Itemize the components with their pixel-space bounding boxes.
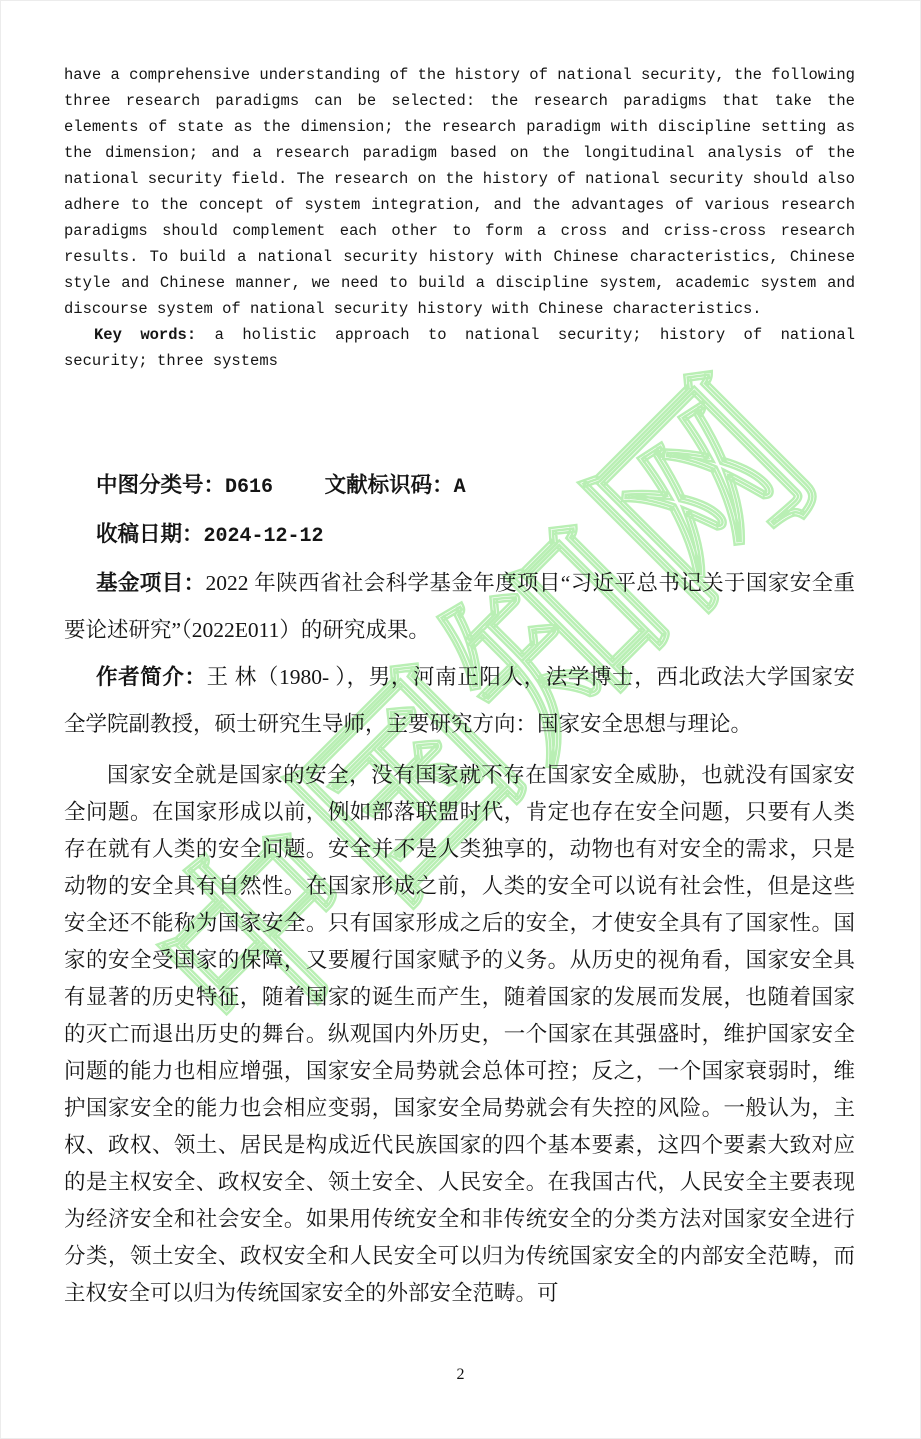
abstract-continuation-paragraph: have a comprehensive understanding of th…: [64, 62, 855, 322]
manuscript-page: 中国知网 have a comprehensive understanding …: [0, 0, 921, 1439]
fund-project-label: 基金项目：: [96, 571, 205, 595]
fund-project-paragraph: 基金项目：2022 年陕西省社会科学基金年度项目“习近平总书记关于国家安全重要论…: [64, 560, 855, 654]
page-content: have a comprehensive understanding of th…: [0, 0, 921, 1312]
received-date-value: 2024-12-12: [204, 525, 324, 548]
received-date-label: 收稿日期：: [96, 522, 204, 546]
keywords-line: Key words: a holistic approach to nation…: [64, 322, 855, 374]
clc-line: 中图分类号：D616文献标识码：A: [64, 462, 855, 511]
author-bio-paragraph: 作者简介：王 林（1980- ），男，河南正阳人，法学博士，西北政法大学国家安全…: [64, 654, 855, 748]
doc-code-value: A: [454, 476, 466, 499]
clc-value: D616: [225, 476, 273, 499]
metadata-section: 中图分类号：D616文献标识码：A 收稿日期：2024-12-12 基金项目：2…: [64, 462, 855, 748]
page-number: 2: [457, 1366, 465, 1383]
author-bio-label: 作者简介：: [96, 665, 207, 689]
body-section: 国家安全就是国家的安全，没有国家就不存在国家安全威胁，也就没有国家安全问题。在国…: [64, 757, 855, 1312]
abstract-section: have a comprehensive understanding of th…: [64, 62, 855, 374]
body-paragraph: 国家安全就是国家的安全，没有国家就不存在国家安全威胁，也就没有国家安全问题。在国…: [64, 757, 855, 1312]
page-footer: 2: [0, 1366, 921, 1384]
doc-code-label: 文献标识码：: [325, 473, 454, 497]
clc-label: 中图分类号：: [96, 473, 225, 497]
keywords-label: Key words:: [94, 326, 196, 344]
received-date-line: 收稿日期：2024-12-12: [64, 511, 855, 560]
